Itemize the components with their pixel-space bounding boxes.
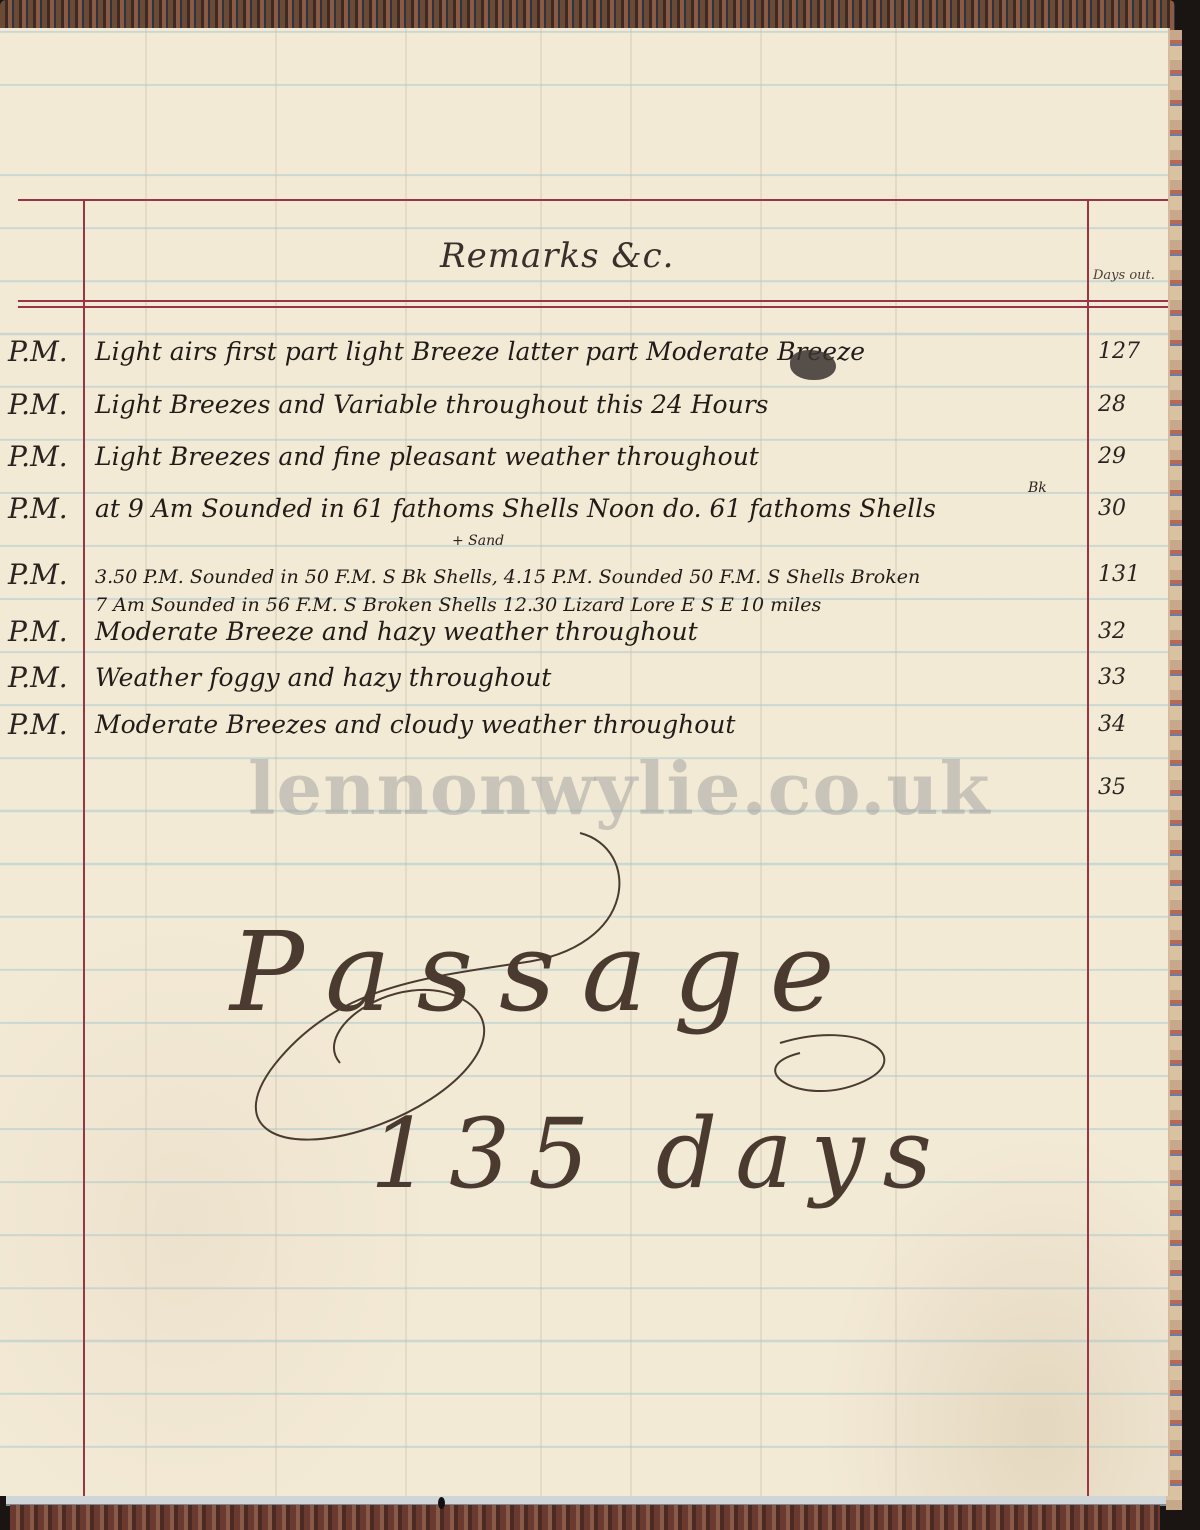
log-entry: P.M. Moderate Breeze and hazy weather th…: [0, 615, 1168, 665]
entry-tag: P.M.: [8, 661, 68, 694]
log-entry: P.M. Weather foggy and hazy throughout 3…: [0, 661, 1168, 711]
entry-tag: P.M.: [8, 492, 68, 525]
entry-remark: 3.50 P.M. Sounded in 50 F.M. S Bk Shells…: [95, 566, 1080, 588]
days-out-column-heading: Days out.: [1093, 268, 1155, 283]
entry-day: 35: [1098, 775, 1160, 800]
entry-remark: Light Breezes and Variable throughout th…: [95, 390, 1080, 419]
entry-day: 30: [1098, 496, 1160, 521]
entry-tag: P.M.: [8, 388, 68, 421]
entry-remark: Moderate Breeze and hazy weather through…: [95, 617, 1080, 646]
log-entry: P.M. Light airs first part light Breeze …: [0, 335, 1168, 385]
red-rule-header-bottom-1: [18, 300, 1168, 302]
entry-day: 131: [1098, 562, 1160, 587]
entry-remark: Light airs first part light Breeze latte…: [95, 337, 1080, 366]
log-page: Remarks &c. Days out. P.M. Light airs fi…: [0, 28, 1170, 1496]
entry-day: 32: [1098, 619, 1160, 644]
red-rule-top: [18, 199, 1168, 201]
entry-day: 29: [1098, 444, 1160, 469]
log-entry: P.M. Light Breezes and fine pleasant wea…: [0, 440, 1168, 490]
entry-tag: P.M.: [8, 708, 68, 741]
watermark: lennonwylie.co.uk: [248, 746, 991, 831]
entry-remark: Moderate Breezes and cloudy weather thro…: [95, 710, 1080, 739]
entry-remark: at 9 Am Sounded in 61 fathoms Shells Noo…: [95, 494, 1080, 523]
ink-spot: [438, 1497, 445, 1509]
log-entry: P.M. Light Breezes and Variable througho…: [0, 388, 1168, 438]
passage-heading: Passage: [230, 908, 861, 1036]
passage-duration: 135 days: [370, 1098, 950, 1210]
log-entry: P.M. at 9 Am Sounded in 61 fathoms Shell…: [0, 492, 1168, 542]
entry-remark: 7 Am Sounded in 56 F.M. S Broken Shells …: [95, 594, 1080, 616]
entry-annotation-sand: + Sand: [452, 533, 504, 549]
entry-tag: P.M.: [8, 335, 68, 368]
book-cover-bottom-edge: [10, 1505, 1160, 1530]
entry-day: 33: [1098, 665, 1160, 690]
remarks-column-heading: Remarks &c.: [440, 236, 674, 276]
entry-remark: Light Breezes and fine pleasant weather …: [95, 442, 1080, 471]
red-rule-header-bottom-2: [18, 306, 1168, 308]
entry-remark: Weather foggy and hazy throughout: [95, 663, 1080, 692]
entry-tag: P.M.: [8, 615, 68, 648]
entry-annotation-bk: Bk: [1028, 480, 1047, 496]
entry-tag: P.M.: [8, 440, 68, 473]
entry-day: 127: [1098, 339, 1160, 364]
entry-day: 28: [1098, 392, 1160, 417]
ink-blot: [790, 350, 836, 380]
entry-day: 34: [1098, 712, 1160, 737]
